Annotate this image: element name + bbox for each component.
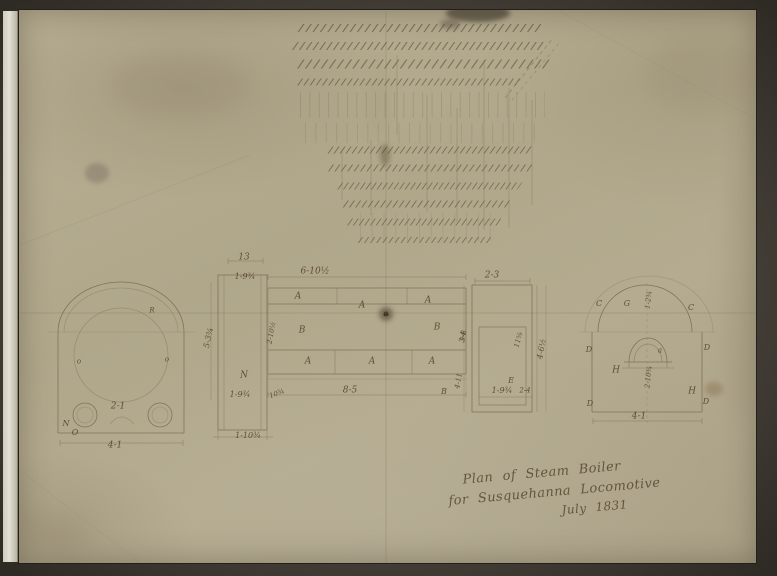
notes-scribble-block bbox=[152, 28, 638, 240]
paper-stains bbox=[19, 10, 756, 557]
firebox-plan-drawing bbox=[464, 278, 546, 412]
boiler-drawing-svg bbox=[19, 10, 756, 563]
boiler-barrel-circle bbox=[74, 308, 168, 402]
side-elevation-drawing bbox=[268, 274, 466, 398]
front-plate-drawing bbox=[211, 258, 273, 440]
front-end-view-drawing bbox=[48, 282, 195, 446]
firebox-door-arch bbox=[629, 338, 667, 362]
rear-end-view-drawing bbox=[580, 276, 715, 424]
drawing-sheet: Plan of Steam Boiler for Susquehanna Loc… bbox=[19, 10, 756, 563]
photo-background: Plan of Steam Boiler for Susquehanna Loc… bbox=[0, 0, 777, 576]
adjacent-sheet-edge bbox=[3, 11, 18, 562]
